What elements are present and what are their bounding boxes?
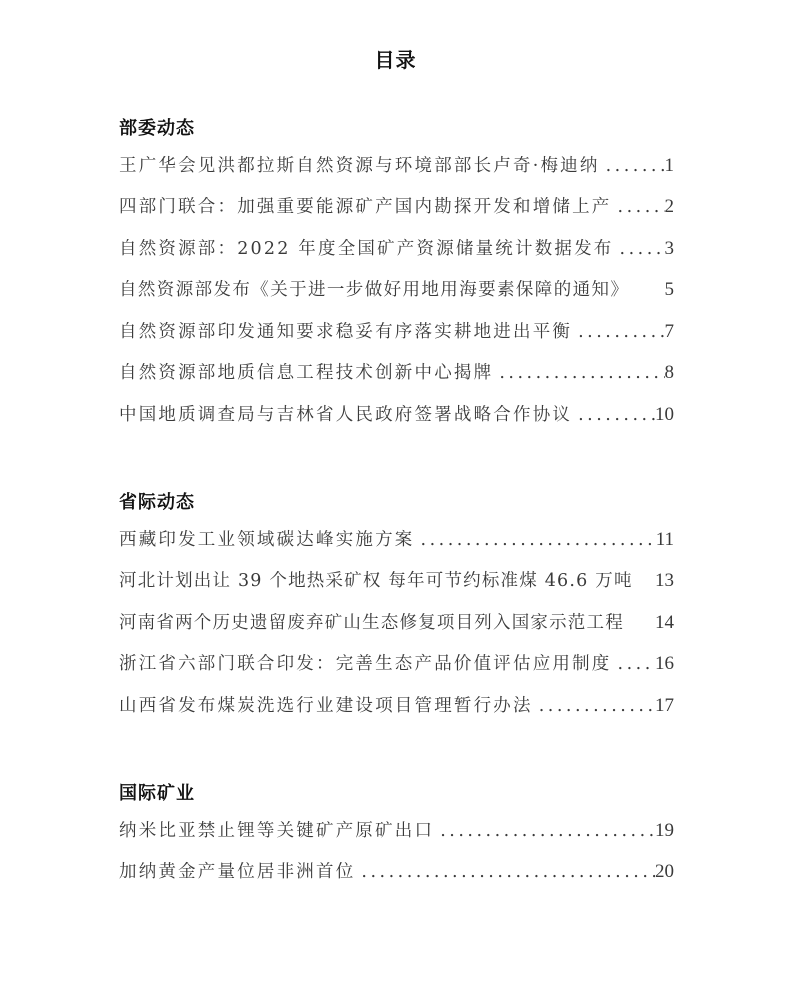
- leader-dots: [493, 363, 664, 383]
- toc-entry[interactable]: 河南省两个历史遗留废弃矿山生态修复项目列入国家示范工程 14: [119, 609, 674, 635]
- entry-title: 纳米比亚禁止锂等关键矿产原矿出口: [119, 817, 434, 842]
- leader-dots: [533, 696, 655, 716]
- entry-page-number: 7: [665, 321, 675, 343]
- section-heading-provincial: 省际动态: [119, 488, 195, 514]
- entry-title: 山西省发布煤炭洗选行业建设项目管理暂行办法: [119, 692, 533, 717]
- toc-entry[interactable]: 四部门联合：加强重要能源矿产国内勘探开发和增储上产 2: [119, 193, 674, 219]
- leader-dots: [572, 322, 664, 342]
- entry-page-number: 17: [655, 695, 674, 717]
- toc-entry[interactable]: 中国地质调查局与吉林省人民政府签署战略合作协议 10: [119, 401, 674, 427]
- toc-entry[interactable]: 自然资源部地质信息工程技术创新中心揭牌 8: [119, 359, 674, 385]
- toc-entry[interactable]: 浙江省六部门联合印发：完善生态产品价值评估应用制度 16: [119, 650, 674, 676]
- leader-dots: [415, 530, 656, 550]
- leader-dots: [434, 821, 655, 841]
- entry-title: 四部门联合：加强重要能源矿产国内勘探开发和增储上产: [119, 193, 612, 218]
- entry-title: 浙江省六部门联合印发：完善生态产品价值评估应用制度: [119, 650, 612, 675]
- entry-title: 自然资源部发布《关于进一步做好用地用海要素保障的通知》: [119, 276, 629, 301]
- entry-title: 自然资源部印发通知要求稳妥有序落实耕地进出平衡: [119, 318, 572, 343]
- toc-entry[interactable]: 自然资源部发布《关于进一步做好用地用海要素保障的通知》 5: [119, 276, 674, 302]
- leader-dots: [572, 405, 655, 425]
- section-heading-ministry: 部委动态: [119, 114, 195, 140]
- leader-dots: [600, 156, 665, 176]
- entry-title: 王广华会见洪都拉斯自然资源与环境部部长卢奇·梅迪纳: [119, 152, 600, 177]
- toc-entry[interactable]: 加纳黄金产量位居非洲首位 20: [119, 858, 674, 884]
- leader-dots: [612, 654, 656, 674]
- toc-entry[interactable]: 纳米比亚禁止锂等关键矿产原矿出口 19: [119, 817, 674, 843]
- entry-title: 河南省两个历史遗留废弃矿山生态修复项目列入国家示范工程: [119, 609, 624, 634]
- entry-page-number: 8: [665, 362, 675, 384]
- toc-entry[interactable]: 西藏印发工业领域碳达峰实施方案 11: [119, 526, 674, 552]
- entry-page-number: 3: [665, 238, 675, 260]
- toc-entry[interactable]: 河北计划出让 39 个地热采矿权 每年可节约标准煤 46.6 万吨 13: [119, 567, 674, 593]
- entry-title: 河北计划出让 39 个地热采矿权 每年可节约标准煤 46.6 万吨: [119, 567, 633, 592]
- entry-page-number: 2: [665, 196, 675, 218]
- toc-entry[interactable]: 王广华会见洪都拉斯自然资源与环境部部长卢奇·梅迪纳 1: [119, 152, 674, 178]
- page-title: 目录: [0, 44, 791, 73]
- entry-page-number: 1: [665, 155, 675, 177]
- entry-title: 中国地质调查局与吉林省人民政府签署战略合作协议: [119, 401, 572, 426]
- toc-entry[interactable]: 山西省发布煤炭洗选行业建设项目管理暂行办法 17: [119, 692, 674, 718]
- entry-page-number: 20: [655, 861, 674, 883]
- section-heading-international: 国际矿业: [119, 779, 195, 805]
- entry-title: 西藏印发工业领域碳达峰实施方案: [119, 526, 415, 551]
- leader-dots: [355, 862, 655, 882]
- entry-title: 自然资源部：2022 年度全国矿产资源储量统计数据发布: [119, 235, 614, 260]
- entry-page-number: 11: [656, 529, 674, 551]
- entry-page-number: 10: [655, 404, 674, 426]
- leader-dots: [614, 239, 665, 259]
- toc-entry[interactable]: 自然资源部：2022 年度全国矿产资源储量统计数据发布 3: [119, 235, 674, 261]
- leader-dots: [612, 197, 665, 217]
- entry-page-number: 19: [655, 820, 674, 842]
- entry-page-number: 14: [655, 612, 674, 634]
- entry-title: 自然资源部地质信息工程技术创新中心揭牌: [119, 359, 493, 384]
- entry-title: 加纳黄金产量位居非洲首位: [119, 858, 355, 883]
- entry-page-number: 16: [655, 653, 674, 675]
- entry-page-number: 5: [665, 279, 675, 301]
- toc-entry[interactable]: 自然资源部印发通知要求稳妥有序落实耕地进出平衡 7: [119, 318, 674, 344]
- entry-page-number: 13: [655, 570, 674, 592]
